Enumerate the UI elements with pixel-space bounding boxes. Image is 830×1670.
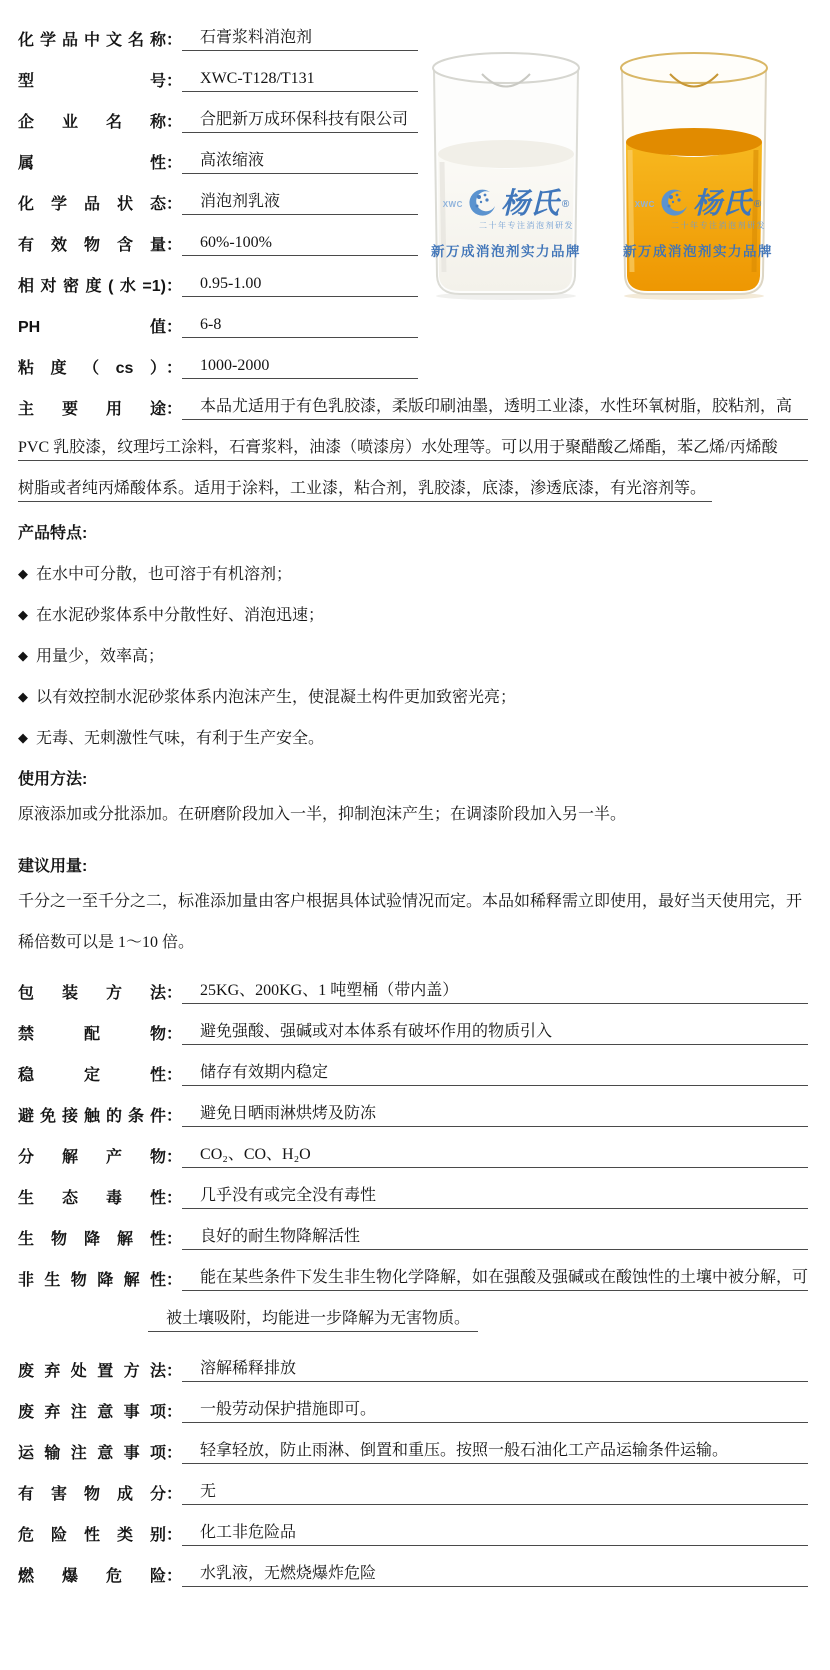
beakers-illustration bbox=[418, 42, 786, 302]
beaker-white bbox=[433, 53, 579, 300]
field-row-chemical-name: 化学品中文名称： 石膏浆料消泡剂 bbox=[18, 10, 418, 51]
field-row-waste-disposal: 废弃处置方法： 溶解稀释排放 bbox=[18, 1341, 808, 1382]
diamond-bullet-icon: ◆ bbox=[18, 646, 28, 666]
field-label: 危险性类别 bbox=[18, 1526, 166, 1546]
field-value: 几乎没有或完全没有毒性 bbox=[200, 1187, 376, 1204]
colon: ： bbox=[166, 1271, 182, 1291]
field-row-packing: 包装方法： 25KG、200KG、1 吨塑桶（带内盖） bbox=[18, 963, 808, 1004]
dosage-section: 建议用量: 千分之一至千分之二，标准添加量由客户根据具体试验情况而定。本品如稀释… bbox=[18, 835, 808, 963]
field-row-incompatibles: 禁配物： 避免强酸、强碱或对本体系有破坏作用的物质引入 bbox=[18, 1004, 808, 1045]
logo-abbr-text: XWC bbox=[635, 200, 655, 209]
field-value: 避免日晒雨淋烘烤及防冻 bbox=[200, 1105, 376, 1122]
crescent-moon-icon bbox=[658, 188, 690, 220]
main-uses-line1: 本品尤适用于有色乳胶漆，柔版印刷油墨，透明工业漆，水性环氧树脂，胶粘剂，高 bbox=[200, 398, 792, 415]
field-row-hazard-class: 危险性类别： 化工非危险品 bbox=[18, 1505, 808, 1546]
basic-fields: 化学品中文名称： 石膏浆料消泡剂 型号： XWC-T128/T131 企业名称：… bbox=[18, 10, 418, 379]
brand-row: XWC 杨氏 ® bbox=[424, 188, 588, 220]
field-underline: 化工非危险品 bbox=[182, 1523, 808, 1546]
field-label: 化学品中文名称 bbox=[18, 31, 166, 51]
colon: ： bbox=[166, 236, 182, 256]
field-row-viscosity: 粘度（cs）： 1000-2000 bbox=[18, 338, 418, 379]
beaker-amber bbox=[621, 53, 767, 300]
field-underline: 一般劳动保护措施即可。 bbox=[182, 1400, 808, 1423]
main-uses-line2-row: PVC 乳胶漆，纹理圬工涂料，石膏浆料，油漆（喷漆房）水处理等。可以用于聚醋酸乙… bbox=[18, 420, 808, 461]
field-row-abiotic-degradability: 非生物降解性： 能在某些条件下发生非生物化学降解，如在强酸及强碱或在酸蚀性的土壤… bbox=[18, 1250, 808, 1291]
feature-item: ◆ 在水中可分散，也可溶于有机溶剂； bbox=[18, 543, 808, 584]
crescent-moon-icon bbox=[466, 188, 498, 220]
field-underline: 1000-2000 bbox=[182, 356, 418, 379]
field-label: 属性 bbox=[18, 154, 166, 174]
field-value: 化工非危险品 bbox=[200, 1524, 296, 1541]
field-value: 25KG、200KG、1 吨塑桶（带内盖） bbox=[200, 982, 458, 999]
top-section: 化学品中文名称： 石膏浆料消泡剂 型号： XWC-T128/T131 企业名称：… bbox=[18, 10, 808, 379]
field-value: 能在某些条件下发生非生物化学降解，如在强酸及强碱或在酸蚀性的土壤中被分解，可 bbox=[200, 1269, 808, 1286]
colon: ： bbox=[166, 1485, 182, 1505]
field-value: 合肥新万成环保科技有限公司 bbox=[200, 111, 408, 128]
field-row-conditions-to-avoid: 避免接触的条件： 避免日晒雨淋烘烤及防冻 bbox=[18, 1086, 808, 1127]
field-label: 有效物含量 bbox=[18, 236, 166, 256]
usage-method-section: 使用方法: 原液添加或分批添加。在研磨阶段加入一半，抑制泡沫产生；在调漆阶段加入… bbox=[18, 748, 808, 835]
brand-name: 杨氏 bbox=[693, 189, 751, 219]
field-value: 避免强酸、强碱或对本体系有破坏作用的物质引入 bbox=[200, 1023, 552, 1040]
field-value: 储存有效期内稳定 bbox=[200, 1064, 328, 1081]
field-row-transport-precautions: 运输注意事项： 轻拿轻放，防止雨淋、倒置和重压。按照一般石油化工产品运输条件运输… bbox=[18, 1423, 808, 1464]
colon: ： bbox=[166, 72, 182, 92]
document-page: 化学品中文名称： 石膏浆料消泡剂 型号： XWC-T128/T131 企业名称：… bbox=[0, 0, 830, 1670]
field-row-decomposition-products: 分解产物： CO₂、CO、H₂O bbox=[18, 1127, 808, 1168]
field-underline: 避免日晒雨淋烘烤及防冻 bbox=[182, 1104, 808, 1127]
field-label: 废弃注意事项 bbox=[18, 1403, 166, 1423]
field-underline: 本品尤适用于有色乳胶漆，柔版印刷油墨，透明工业漆，水性环氧树脂，胶粘剂，高 bbox=[182, 397, 808, 420]
colon: ： bbox=[166, 1567, 182, 1587]
field-label: 禁配物 bbox=[18, 1025, 166, 1045]
field-label: 粘度（cs） bbox=[18, 359, 166, 379]
feature-item: ◆ 无毒、无刺激性气味，有利于生产安全。 bbox=[18, 707, 808, 748]
field-value: 良好的耐生物降解活性 bbox=[200, 1228, 360, 1245]
field-underline: CO₂、CO、H₂O bbox=[182, 1145, 808, 1168]
field-row-ph: PH 值： 6-8 bbox=[18, 297, 418, 338]
field-underline: 储存有效期内稳定 bbox=[182, 1063, 808, 1086]
field-row-company: 企业名称： 合肥新万成环保科技有限公司 bbox=[18, 92, 418, 133]
diamond-bullet-icon: ◆ bbox=[18, 605, 28, 625]
colon: ： bbox=[166, 277, 182, 297]
field-row-ecotoxicity: 生态毒性： 几乎没有或完全没有毒性 bbox=[18, 1168, 808, 1209]
diamond-bullet-icon: ◆ bbox=[18, 564, 28, 584]
logo-abbr-text: XWC bbox=[443, 200, 463, 209]
brand-logo-left: XWC 杨氏 ® 二十年专注消泡剂研发 新万成消泡剂实力品牌 bbox=[424, 188, 588, 260]
field-underline: 避免强酸、强碱或对本体系有破坏作用的物质引入 bbox=[182, 1022, 808, 1045]
field-value: 0.95-1.00 bbox=[200, 275, 261, 292]
field-value: 溶解稀释排放 bbox=[200, 1360, 296, 1377]
main-uses-line3: 树脂或者纯丙烯酸体系。适用于涂料，工业漆，粘合剂，乳胶漆，底漆，渗透底漆，有光溶… bbox=[18, 480, 706, 497]
field-underline: 合肥新万成环保科技有限公司 bbox=[182, 110, 418, 133]
brand-tagline: 新万成消泡剂实力品牌 bbox=[424, 240, 588, 260]
features-heading: 产品特点: bbox=[18, 502, 808, 543]
dosage-text: 千分之一至千分之二，标准添加量由客户根据具体试验情况而定。本品如稀释需立即使用，… bbox=[18, 876, 808, 963]
field-underline: 良好的耐生物降解活性 bbox=[182, 1227, 808, 1250]
field-underline: 被土壤吸附，均能进一步降解为无害物质。 bbox=[148, 1309, 478, 1332]
usage-method-text: 原液添加或分批添加。在研磨阶段加入一半，抑制泡沫产生；在调漆阶段加入另一半。 bbox=[18, 789, 808, 835]
main-uses-section: 主要用途： 本品尤适用于有色乳胶漆，柔版印刷油墨，透明工业漆，水性环氧树脂，胶粘… bbox=[18, 379, 808, 502]
main-uses-line3-row: 树脂或者纯丙烯酸体系。适用于涂料，工业漆，粘合剂，乳胶漆，底漆，渗透底漆，有光溶… bbox=[18, 461, 808, 502]
field-underline: 6-8 bbox=[182, 315, 418, 338]
feature-text: 无毒、无刺激性气味，有利于生产安全。 bbox=[36, 725, 324, 748]
brand-subtitle: 二十年专注消泡剂研发 bbox=[616, 220, 780, 231]
colon: ： bbox=[166, 1230, 182, 1250]
abiotic-degradability-line2-row: 被土壤吸附，均能进一步降解为无害物质。 bbox=[18, 1291, 808, 1332]
field-label: 包装方法 bbox=[18, 984, 166, 1004]
field-label: 分解产物 bbox=[18, 1148, 166, 1168]
usage-method-heading: 使用方法: bbox=[18, 748, 808, 789]
field-label: 生态毒性 bbox=[18, 1189, 166, 1209]
field-value: CO₂、CO、H₂O bbox=[200, 1146, 311, 1163]
colon: ： bbox=[166, 400, 182, 420]
feature-text: 用量少，效率高； bbox=[36, 643, 164, 666]
brand-name: 杨氏 bbox=[501, 189, 559, 219]
field-underline: 消泡剂乳液 bbox=[182, 192, 418, 215]
feature-text: 以有效控制水泥砂浆体系内泡沫产生，使混凝土构件更加致密光亮； bbox=[36, 684, 516, 707]
colon: ： bbox=[166, 1148, 182, 1168]
colon: ： bbox=[166, 1444, 182, 1464]
field-label: 相对密度(水=1) bbox=[18, 277, 166, 297]
field-value: 6-8 bbox=[200, 316, 221, 333]
brand-row: XWC 杨氏 ® bbox=[616, 188, 780, 220]
field-underline: 无 bbox=[182, 1482, 808, 1505]
field-value-continued: 被土壤吸附，均能进一步降解为无害物质。 bbox=[166, 1310, 470, 1327]
colon: ： bbox=[166, 359, 182, 379]
field-value: 一般劳动保护措施即可。 bbox=[200, 1401, 376, 1418]
feature-item: ◆ 以有效控制水泥砂浆体系内泡沫产生，使混凝土构件更加致密光亮； bbox=[18, 666, 808, 707]
brand-tagline: 新万成消泡剂实力品牌 bbox=[616, 240, 780, 260]
field-label: 主要用途 bbox=[18, 400, 166, 420]
field-label: 非生物降解性 bbox=[18, 1271, 166, 1291]
field-value: XWC-T128/T131 bbox=[200, 70, 315, 87]
field-underline: XWC-T128/T131 bbox=[182, 69, 418, 92]
field-label: 企业名称 bbox=[18, 113, 166, 133]
field-row-active-content: 有效物含量： 60%-100% bbox=[18, 215, 418, 256]
colon: ： bbox=[166, 318, 182, 338]
field-underline: 几乎没有或完全没有毒性 bbox=[182, 1186, 808, 1209]
colon: ： bbox=[166, 31, 182, 51]
field-value: 水乳液，无燃烧爆炸危险 bbox=[200, 1565, 376, 1582]
field-underline: 能在某些条件下发生非生物化学降解，如在强酸及强碱或在酸蚀性的土壤中被分解，可 bbox=[182, 1268, 808, 1291]
dosage-heading: 建议用量: bbox=[18, 835, 808, 876]
diamond-bullet-icon: ◆ bbox=[18, 728, 28, 748]
field-row-density: 相对密度(水=1)： 0.95-1.00 bbox=[18, 256, 418, 297]
colon: ： bbox=[166, 1025, 182, 1045]
colon: ： bbox=[166, 195, 182, 215]
feature-item: ◆ 在水泥砂浆体系中分散性好、消泡迅速； bbox=[18, 584, 808, 625]
field-label: 燃爆危险 bbox=[18, 1567, 166, 1587]
field-underline: 石膏浆料消泡剂 bbox=[182, 28, 418, 51]
field-underline: 树脂或者纯丙烯酸体系。适用于涂料，工业漆，粘合剂，乳胶漆，底漆，渗透底漆，有光溶… bbox=[18, 479, 712, 502]
field-underline: 水乳液，无燃烧爆炸危险 bbox=[182, 1564, 808, 1587]
field-label: 避免接触的条件 bbox=[18, 1107, 166, 1127]
field-row-model: 型号： XWC-T128/T131 bbox=[18, 51, 418, 92]
safety-fields: 包装方法： 25KG、200KG、1 吨塑桶（带内盖） 禁配物： 避免强酸、强碱… bbox=[18, 963, 808, 1587]
field-label: 化学品状态 bbox=[18, 195, 166, 215]
field-row-state: 化学品状态： 消泡剂乳液 bbox=[18, 174, 418, 215]
product-photo: XWC 杨氏 ® 二十年专注消泡剂研发 新万成消泡剂实力品牌 XWC bbox=[418, 42, 786, 302]
features-section: 产品特点: ◆ 在水中可分散，也可溶于有机溶剂； ◆ 在水泥砂浆体系中分散性好、… bbox=[18, 502, 808, 748]
field-value: 60%-100% bbox=[200, 234, 272, 251]
diamond-bullet-icon: ◆ bbox=[18, 687, 28, 707]
registered-mark: ® bbox=[562, 199, 569, 210]
field-value: 无 bbox=[200, 1483, 216, 1500]
colon: ： bbox=[166, 154, 182, 174]
field-underline: 60%-100% bbox=[182, 233, 418, 256]
colon: ： bbox=[166, 1189, 182, 1209]
registered-mark: ® bbox=[754, 199, 761, 210]
field-row-harmful-ingredients: 有害物成分： 无 bbox=[18, 1464, 808, 1505]
field-label: 型号 bbox=[18, 72, 166, 92]
field-underline: 0.95-1.00 bbox=[182, 274, 418, 297]
field-label: PH 值 bbox=[18, 318, 166, 338]
feature-text: 在水中可分散，也可溶于有机溶剂； bbox=[36, 561, 292, 584]
feature-item: ◆ 用量少，效率高； bbox=[18, 625, 808, 666]
colon: ： bbox=[166, 1362, 182, 1382]
field-label: 生物降解性 bbox=[18, 1230, 166, 1250]
field-underline: 高浓缩液 bbox=[182, 151, 418, 174]
brand-subtitle: 二十年专注消泡剂研发 bbox=[424, 220, 588, 231]
field-label: 有害物成分 bbox=[18, 1485, 166, 1505]
field-underline: 轻拿轻放，防止雨淋、倒置和重压。按照一般石油化工产品运输条件运输。 bbox=[182, 1441, 808, 1464]
colon: ： bbox=[166, 1107, 182, 1127]
colon: ： bbox=[166, 984, 182, 1004]
field-label: 运输注意事项 bbox=[18, 1444, 166, 1464]
colon: ： bbox=[166, 113, 182, 133]
field-value: 石膏浆料消泡剂 bbox=[200, 29, 312, 46]
main-uses-line2: PVC 乳胶漆，纹理圬工涂料，石膏浆料，油漆（喷漆房）水处理等。可以用于聚醋酸乙… bbox=[18, 439, 778, 456]
feature-text: 在水泥砂浆体系中分散性好、消泡迅速； bbox=[36, 602, 324, 625]
field-value: 1000-2000 bbox=[200, 357, 269, 374]
field-row-attribute: 属性： 高浓缩液 bbox=[18, 133, 418, 174]
colon: ： bbox=[166, 1403, 182, 1423]
field-underline: 溶解稀释排放 bbox=[182, 1359, 808, 1382]
brand-logo-right: XWC 杨氏 ® 二十年专注消泡剂研发 新万成消泡剂实力品牌 bbox=[616, 188, 780, 260]
field-value: 消泡剂乳液 bbox=[200, 193, 280, 210]
field-underline: PVC 乳胶漆，纹理圬工涂料，石膏浆料，油漆（喷漆房）水处理等。可以用于聚醋酸乙… bbox=[18, 438, 808, 461]
field-value: 高浓缩液 bbox=[200, 152, 264, 169]
field-row-waste-precautions: 废弃注意事项： 一般劳动保护措施即可。 bbox=[18, 1382, 808, 1423]
field-row-fire-explosion-hazard: 燃爆危险： 水乳液，无燃烧爆炸危险 bbox=[18, 1546, 808, 1587]
colon: ： bbox=[166, 1526, 182, 1546]
field-row-stability: 稳定性： 储存有效期内稳定 bbox=[18, 1045, 808, 1086]
colon: ： bbox=[166, 1066, 182, 1086]
field-underline: 25KG、200KG、1 吨塑桶（带内盖） bbox=[182, 981, 808, 1004]
field-label: 稳定性 bbox=[18, 1066, 166, 1086]
field-label: 废弃处置方法 bbox=[18, 1362, 166, 1382]
field-row-biodegradability: 生物降解性： 良好的耐生物降解活性 bbox=[18, 1209, 808, 1250]
field-value: 轻拿轻放，防止雨淋、倒置和重压。按照一般石油化工产品运输条件运输。 bbox=[200, 1442, 728, 1459]
field-row-main-uses: 主要用途： 本品尤适用于有色乳胶漆，柔版印刷油墨，透明工业漆，水性环氧树脂，胶粘… bbox=[18, 379, 808, 420]
